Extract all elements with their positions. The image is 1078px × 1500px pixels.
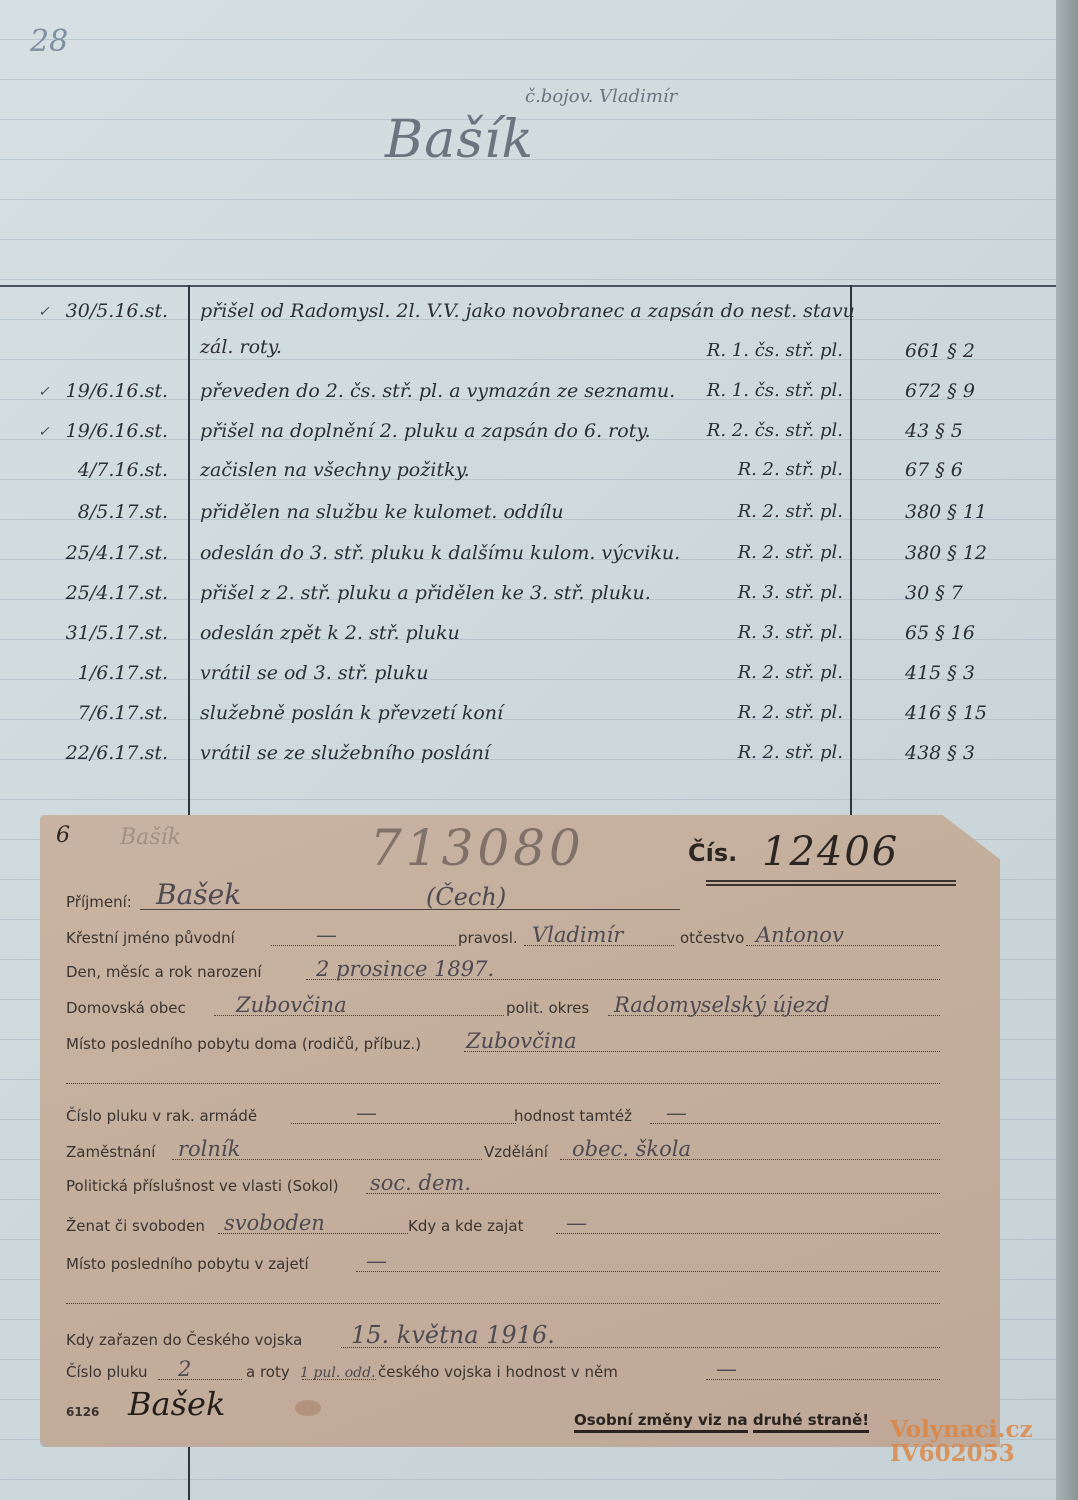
entry-reference: 380 § 11	[905, 501, 987, 523]
cis-label: Čís.	[688, 839, 737, 867]
entry-unit: R. 2. stř. pl.	[738, 542, 843, 563]
entry-text: přišel od Radomysl. 2l. V.V. jako novobr…	[200, 300, 855, 322]
label-hodnost-v-nem: českého vojska i hodnost v něm	[378, 1363, 618, 1381]
entry-reference: 43 § 5	[905, 420, 963, 442]
card-corner-number: 6	[56, 823, 70, 848]
check-mark-icon: ✓	[38, 384, 50, 400]
label-politicka: Politická příslušnost ve vlasti (Sokol)	[66, 1177, 339, 1195]
entry-date: 7/6.17.st.	[78, 702, 168, 724]
value-krestni: —	[316, 923, 337, 947]
table-top-rule	[0, 285, 1058, 287]
entry-date: 1/6.17.st.	[78, 662, 168, 684]
value-vzdelani: obec. škola	[572, 1137, 691, 1161]
entry-unit: R. 2. stř. pl.	[738, 459, 843, 480]
entry-reference: 65 § 16	[905, 622, 975, 644]
ledger-entry: 1/6.17.st.vrátil se od 3. stř. plukuR. 2…	[0, 658, 1058, 694]
value-pluk-rak: —	[356, 1101, 377, 1125]
label-okres: polit. okres	[506, 999, 589, 1017]
watermark-line-1: Volynaci.cz	[890, 1418, 1033, 1442]
label-vzdelani: Vzdělání	[484, 1143, 548, 1161]
ledger-entry: ✓19/6.16.st.převeden do 2. čs. stř. pl. …	[0, 376, 1058, 412]
label-pravosl: pravosl.	[458, 929, 518, 947]
entry-reference: 672 § 9	[905, 380, 975, 402]
entry-date: 25/4.17.st.	[66, 542, 168, 564]
label-zamestnani: Zaměstnání	[66, 1143, 155, 1161]
watermark: Volynaci.cz IV602053	[890, 1418, 1033, 1466]
entry-unit: R. 2. stř. pl.	[738, 501, 843, 522]
ledger-entry: ✓19/6.16.st.přišel na doplnění 2. pluku …	[0, 416, 1058, 452]
value-okres: Radomyselský újezd	[614, 993, 830, 1017]
value-cislo-pluku: 2	[178, 1357, 191, 1381]
value-prijmeni: Bašek	[156, 878, 241, 911]
field-pobyt-zajeti: Místo posledního pobytu v zajetí —	[66, 1249, 940, 1277]
value-nationality: (Čech)	[426, 883, 506, 911]
label-zajat: Kdy a kde zajat	[408, 1217, 523, 1235]
value-otcestvo: Antonov	[756, 923, 844, 947]
ledger-entry: 4/7.16.st.začislen na všechny požitky.R.…	[0, 455, 1058, 491]
value-hodnost-v-nem: —	[716, 1357, 737, 1381]
entry-text: přišel na doplnění 2. pluku a zapsán do …	[200, 420, 651, 442]
value-politicka: soc. dem.	[370, 1171, 471, 1195]
field-narozeni: Den, měsíc a rok narození 2 prosince 189…	[66, 957, 940, 985]
line-zajat	[556, 1233, 940, 1234]
entry-date: 4/7.16.st.	[78, 459, 168, 481]
ledger-entry: 25/4.17.st.odeslán do 3. stř. pluku k da…	[0, 538, 1058, 574]
entry-date: 19/6.16.st.	[66, 420, 168, 442]
line-krestni	[271, 945, 456, 946]
field-politicka: Politická příslušnost ve vlasti (Sokol) …	[66, 1171, 940, 1199]
check-mark-icon: ✓	[38, 304, 50, 320]
entry-reference: 30 § 7	[905, 582, 963, 604]
footer-note-part-a: Osobní změny viz na	[574, 1411, 748, 1433]
entry-text: začislen na všechny požitky.	[200, 459, 470, 481]
label-domovska: Domovská obec	[66, 999, 186, 1017]
entry-reference: 415 § 3	[905, 662, 975, 684]
entry-unit: R. 2. stř. pl.	[738, 702, 843, 723]
footer-note: Osobní změny viz na druhé straně!	[574, 1411, 869, 1429]
field-pobyt-doma: Místo posledního pobytu doma (rodičů, př…	[66, 1029, 940, 1057]
value-hodnost: —	[666, 1101, 687, 1125]
entry-text: vrátil se ze služebního poslání	[200, 742, 490, 764]
binding-edge	[1056, 0, 1078, 1500]
value-domovska: Zubovčina	[236, 993, 347, 1017]
cis-value: 12406	[762, 829, 899, 875]
label-cislo-pluku: Číslo pluku	[66, 1363, 148, 1381]
label-zenat: Ženat či svoboden	[66, 1217, 205, 1235]
label-prijmeni: Příjmení:	[66, 893, 132, 911]
entry-reference: 661 § 2	[905, 340, 975, 362]
footer-note-part-b: druhé straně!	[753, 1411, 869, 1433]
ledger-entry: 7/6.17.st.služebně poslán k převzetí kon…	[0, 698, 1058, 734]
value-pobyt-zajeti: —	[366, 1249, 387, 1273]
entry-text: přišel z 2. stř. pluku a přidělen ke 3. …	[200, 582, 651, 604]
label-roty: a roty	[246, 1363, 290, 1381]
field-pobyt-zajeti-cont	[66, 1281, 940, 1309]
ledger-entry: ✓30/5.16.st.přišel od Radomysl. 2l. V.V.…	[0, 296, 1058, 332]
label-krestni: Křestní jméno původní	[66, 929, 235, 947]
label-pobyt-zajeti: Místo posledního pobytu v zajetí	[66, 1255, 309, 1273]
label-narozeni: Den, měsíc a rok narození	[66, 963, 262, 981]
line-hodnost	[650, 1123, 940, 1124]
entry-unit: R. 2. čs. stř. pl.	[707, 420, 843, 441]
page-number: 28	[30, 24, 68, 59]
entry-unit: R. 1. čs. stř. pl.	[707, 380, 843, 401]
field-krestni: Křestní jméno původní — pravosl. Vladimí…	[66, 923, 940, 951]
value-zarazen: 15. května 1916.	[351, 1321, 555, 1349]
cis-double-rule	[706, 880, 956, 886]
line-hodnost-v-nem	[706, 1379, 940, 1380]
forename-note: č.bojov. Vladimír	[525, 86, 677, 107]
entry-reference: 67 § 6	[905, 459, 963, 481]
entry-date: 31/5.17.st.	[66, 622, 168, 644]
form-number: 6126	[66, 1405, 99, 1419]
label-otcestvo: otčestvo	[680, 929, 744, 947]
entry-date: 8/5.17.st.	[78, 501, 168, 523]
entry-text: vrátil se od 3. stř. pluku	[200, 662, 429, 684]
label-pluk-rak: Číslo pluku v rak. armádě	[66, 1107, 257, 1125]
ledger-entry: 8/5.17.st.přidělen na službu ke kulomet.…	[0, 497, 1058, 533]
entry-date: 30/5.16.st.	[66, 300, 168, 322]
entry-text: služebně poslán k převzetí koní	[200, 702, 503, 724]
field-cislo-pluku: Číslo pluku 2 a roty 1 pul. odd. českého…	[66, 1357, 940, 1385]
label-hodnost: hodnost tamtéž	[514, 1107, 632, 1125]
stain	[295, 1400, 321, 1416]
entry-reference: 438 § 3	[905, 742, 975, 764]
signature: Bašek	[128, 1385, 225, 1423]
entry-date: 22/6.17.st.	[66, 742, 168, 764]
field-zamestnani: Zaměstnání rolník Vzdělání obec. škola	[66, 1137, 940, 1165]
value-zamestnani: rolník	[178, 1137, 240, 1161]
value-zajat: —	[566, 1211, 587, 1235]
line-cislo-pluku	[158, 1379, 242, 1380]
entry-date: 25/4.17.st.	[66, 582, 168, 604]
line-pobyt-doma-2	[66, 1083, 940, 1084]
entry-unit: R. 2. stř. pl.	[738, 742, 843, 763]
check-mark-icon: ✓	[38, 424, 50, 440]
surname-heading: Bašík	[385, 110, 534, 170]
field-domovska: Domovská obec Zubovčina polit. okres Rad…	[66, 993, 940, 1021]
entry-unit: R. 3. stř. pl.	[738, 582, 843, 603]
ledger-entry: 22/6.17.st.vrátil se ze služebního poslá…	[0, 738, 1058, 774]
entry-text: odeslán zpět k 2. stř. pluku	[200, 622, 460, 644]
entry-text: přidělen na službu ke kulomet. oddílu	[200, 501, 564, 523]
field-prijmeni: Příjmení: Bašek (Čech)	[66, 887, 940, 915]
value-narozeni: 2 prosince 1897.	[316, 957, 494, 981]
value-roty: 1 pul. odd.	[300, 1365, 376, 1381]
value-pobyt-doma: Zubovčina	[466, 1029, 577, 1053]
entry-text-continued: zál. roty.	[200, 336, 282, 358]
field-zarazen: Kdy zařazen do Českého vojska 15. května…	[66, 1325, 940, 1353]
entry-unit: R. 3. stř. pl.	[738, 622, 843, 643]
entry-text: převeden do 2. čs. stř. pl. a vymazán ze…	[200, 380, 675, 402]
entry-reference: 416 § 15	[905, 702, 987, 724]
label-pobyt-doma: Místo posledního pobytu doma (rodičů, př…	[66, 1035, 421, 1053]
line-pobyt-zajeti	[356, 1271, 940, 1272]
entry-text: odeslán do 3. stř. pluku k dalšímu kulom…	[200, 542, 680, 564]
watermark-line-2: IV602053	[890, 1442, 1033, 1466]
field-pobyt-doma-cont	[66, 1061, 940, 1089]
faint-pencil-name: Bašík	[120, 825, 181, 850]
line-pobyt-zajeti-2	[66, 1303, 940, 1304]
ledger-entry: 25/4.17.st.přišel z 2. stř. pluku a přid…	[0, 578, 1058, 614]
entry-date: 19/6.16.st.	[66, 380, 168, 402]
entry-unit: R. 1. čs. stř. pl.	[707, 340, 843, 361]
field-pluk-rak: Číslo pluku v rak. armádě — hodnost tamt…	[66, 1101, 940, 1129]
value-pravosl: Vladimír	[532, 923, 623, 947]
registration-card: 6 Bašík 713080 Čís. 12406 Příjmení: Baše…	[40, 815, 1000, 1447]
entry-unit: R. 2. stř. pl.	[738, 662, 843, 683]
entry-reference: 380 § 12	[905, 542, 987, 564]
ledger-entry: 31/5.17.st.odeslán zpět k 2. stř. plukuR…	[0, 618, 1058, 654]
registry-number: 713080	[370, 819, 585, 877]
field-zenat: Ženat či svoboden svoboden Kdy a kde zaj…	[66, 1211, 940, 1239]
label-zarazen: Kdy zařazen do Českého vojska	[66, 1331, 302, 1349]
value-zenat: svoboden	[224, 1211, 325, 1235]
line-pluk-rak	[291, 1123, 516, 1124]
